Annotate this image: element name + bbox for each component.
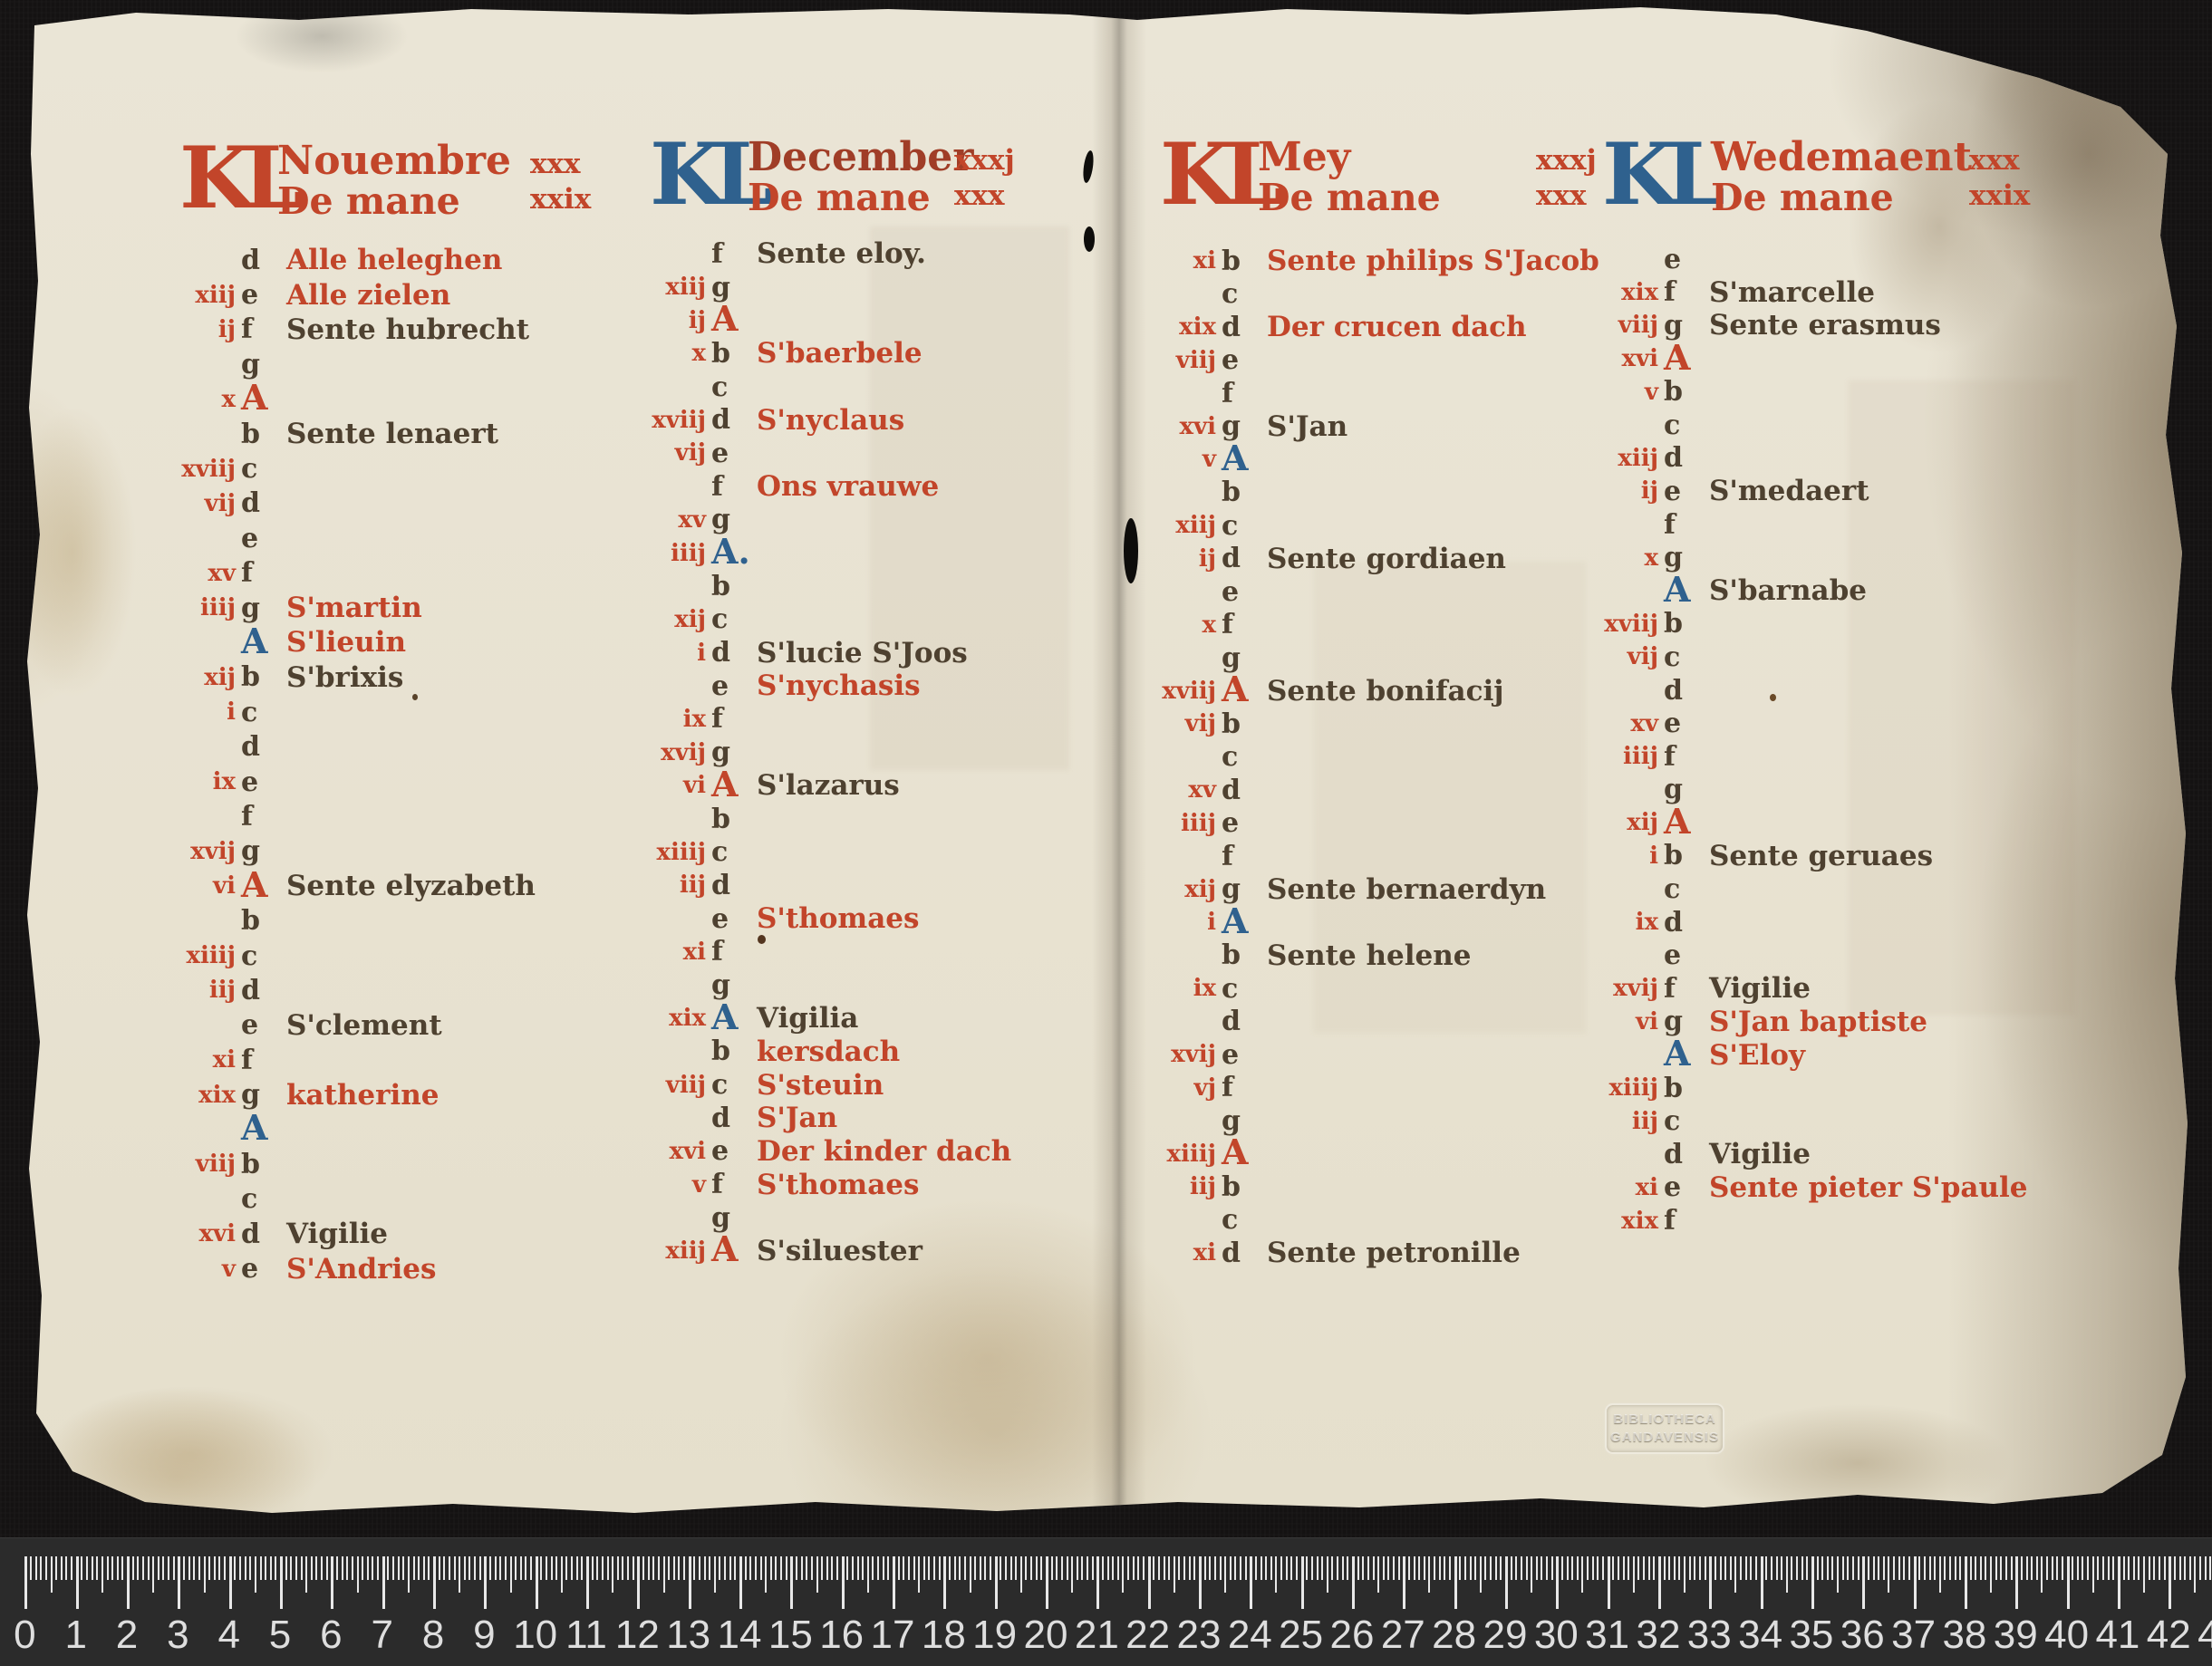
ruler-tick <box>2000 1556 2002 1580</box>
ruler-tick <box>265 1556 266 1580</box>
fold-tear <box>1084 226 1095 252</box>
golden-number: vj <box>1153 1074 1222 1102</box>
ruler-tick <box>903 1556 904 1580</box>
golden-number: xix <box>1595 279 1664 306</box>
ruler-tick <box>1949 1556 1951 1580</box>
dominical-letter: b <box>241 419 286 450</box>
ruler-tick <box>1373 1556 1375 1580</box>
ruler-tick <box>1137 1556 1139 1580</box>
ruler-tick <box>2194 1556 2196 1593</box>
calendar-row: dS'Jan <box>642 1102 1011 1135</box>
ruler-tick <box>980 1556 981 1580</box>
calendar-row: ixe <box>172 765 536 799</box>
ruler-tick <box>1087 1556 1088 1580</box>
ruler-number: 10 <box>513 1613 557 1658</box>
dominical-letter: e <box>1664 939 1709 971</box>
ruler-tick <box>1480 1556 1482 1593</box>
ruler-tick <box>2021 1556 2023 1580</box>
ruler-tick <box>1327 1556 1328 1593</box>
dominical-letter: e <box>1222 1039 1267 1071</box>
feast-name: S'thomaes <box>757 1169 919 1201</box>
calendar-row: b <box>1153 477 1599 510</box>
ruler-tick <box>1658 1556 1661 1609</box>
ruler-tick <box>2138 1556 2140 1580</box>
ruler-tick <box>1939 1556 1941 1593</box>
ruler-tick <box>1612 1556 1614 1580</box>
ruler-tick <box>255 1556 256 1593</box>
ruler-tick <box>387 1556 389 1580</box>
ruler-tick <box>346 1556 348 1580</box>
library-stamp-line1: BIBLIOTHECA <box>1613 1411 1716 1429</box>
calendar-row: viijcS'steuin <box>642 1068 1011 1102</box>
golden-number: v <box>1595 379 1664 406</box>
ruler-tick <box>1393 1556 1395 1580</box>
feast-name: Vigilia <box>757 1002 858 1035</box>
dominical-letter: A <box>1664 569 1709 610</box>
ruler-tick <box>1806 1556 1808 1580</box>
ruler-tick <box>2046 1556 2048 1580</box>
calendar-row: xibSente philips S'Jacob <box>1153 245 1599 278</box>
ruler-tick <box>525 1556 526 1580</box>
ruler-tick <box>2174 1556 2176 1580</box>
ruler-tick <box>474 1556 476 1580</box>
kl-initial: KL <box>179 136 292 221</box>
ruler-tick <box>1541 1556 1542 1580</box>
dominical-letter: c <box>241 453 286 485</box>
ruler-number: 7 <box>371 1613 392 1658</box>
ruler-tick <box>1556 1556 1559 1609</box>
ruler-tick <box>867 1556 869 1593</box>
ruler-tick <box>923 1556 925 1580</box>
ruler-tick <box>1975 1556 1976 1580</box>
calendar-row: e <box>1153 575 1599 609</box>
ruler-tick <box>2153 1556 2155 1580</box>
ruler-tick <box>1587 1556 1589 1580</box>
ruler-tick <box>964 1556 966 1580</box>
ruler-tick <box>893 1556 895 1609</box>
dominical-letter: b <box>1222 1171 1267 1203</box>
ruler-number: 2 <box>116 1613 138 1658</box>
ruler-tick <box>1199 1556 1202 1609</box>
ruler-tick <box>392 1556 394 1580</box>
calendar-row: xviijc <box>172 451 536 486</box>
ruler-number: 32 <box>1636 1613 1680 1658</box>
ruler-tick <box>1581 1556 1583 1593</box>
ruler-tick <box>2072 1556 2073 1580</box>
ruler-number: 23 <box>1177 1613 1222 1658</box>
ruler-tick <box>1311 1556 1313 1580</box>
dominical-letter: d <box>241 1218 286 1250</box>
calendar-row: AS'Eloy <box>1595 1038 2028 1072</box>
ruler-tick <box>214 1556 216 1580</box>
ruler-tick <box>780 1556 782 1580</box>
ruler-tick <box>745 1556 747 1580</box>
feast-name: kersdach <box>757 1035 900 1068</box>
dominical-letter: f <box>711 1169 757 1200</box>
feast-name: Ons vrauwe <box>757 470 939 503</box>
calendar-row: xviA <box>1595 342 2028 376</box>
ruler-tick <box>1408 1556 1410 1580</box>
center-fold <box>1092 0 1146 1515</box>
month-day-counts: xxx xxix <box>530 147 591 217</box>
ruler-tick <box>689 1556 691 1609</box>
calendar-row: xieSente pieter S'paule <box>1595 1171 2028 1205</box>
ruler-tick <box>2159 1556 2160 1580</box>
day-count-lunar: xxix <box>1969 178 2030 214</box>
golden-number: iiij <box>172 594 241 621</box>
golden-number: xix <box>642 1005 711 1032</box>
ruler-tick <box>1878 1556 1879 1580</box>
calendar-row: g <box>1595 774 2028 807</box>
ruler-tick <box>45 1556 47 1580</box>
ruler-tick <box>1821 1556 1823 1580</box>
dominical-letter: e <box>1664 1171 1709 1203</box>
ruler-tick <box>724 1556 726 1580</box>
ruler-tick <box>959 1556 961 1580</box>
ruler-tick <box>571 1556 573 1580</box>
ruler-tick <box>2026 1556 2028 1580</box>
ruler-tick <box>1403 1556 1405 1609</box>
ruler-tick <box>249 1556 251 1580</box>
calendar-row: g <box>172 347 536 381</box>
dominical-letter: A <box>1664 337 1709 378</box>
ruler-tick <box>208 1556 210 1580</box>
ruler-tick <box>1424 1556 1425 1580</box>
ruler-tick <box>377 1556 379 1580</box>
ruler-tick <box>107 1556 109 1580</box>
calendar-row: iijd <box>642 869 1011 902</box>
ruler-number: 12 <box>615 1613 660 1658</box>
calendar-row: fSente eloy. <box>642 237 1011 271</box>
calendar-row: xixgkatherine <box>172 1077 536 1112</box>
golden-number: xiij <box>172 282 241 309</box>
golden-number: xviij <box>1595 611 1664 638</box>
dominical-letter: A <box>241 1107 286 1148</box>
ruler-tick <box>428 1556 430 1580</box>
ruler-tick <box>898 1556 900 1580</box>
photograph-stage: KL Nouembre De mane xxx xxix dAlle heleg… <box>0 0 2212 1666</box>
ruler-tick <box>2164 1556 2166 1580</box>
dominical-letter: d <box>241 245 286 276</box>
ruler-tick <box>1745 1556 1747 1580</box>
month-header: Wedemaent De mane <box>1711 138 1972 217</box>
dominical-letter: d <box>1222 775 1267 806</box>
ruler-tick <box>1352 1556 1355 1609</box>
ruler-tick <box>1275 1556 1277 1593</box>
stain-left-edge <box>9 408 136 698</box>
feast-name: S'clement <box>286 1009 442 1042</box>
golden-number: v <box>642 1171 711 1199</box>
ruler-tick <box>1383 1556 1385 1580</box>
ruler-tick <box>2031 1556 2033 1580</box>
ruler-number: 26 <box>1329 1613 1374 1658</box>
ruler-tick <box>846 1556 848 1580</box>
calendar-row: xiiijA <box>1153 1138 1599 1171</box>
ruler-tick <box>336 1556 338 1580</box>
calendar-row: vijb <box>1153 708 1599 741</box>
ruler-tick <box>520 1556 522 1580</box>
dominical-letter: e <box>1664 708 1709 739</box>
ruler-tick <box>1505 1556 1508 1609</box>
calendar-row: c <box>642 371 1011 404</box>
golden-number: xvi <box>642 1138 711 1165</box>
ruler-tick <box>933 1556 935 1580</box>
calendar-row: xviijb <box>1595 608 2028 641</box>
ruler-tick <box>51 1556 53 1593</box>
feast-name: S'martin <box>286 592 422 624</box>
dominical-letter: d <box>1664 442 1709 474</box>
ruler-tick <box>71 1556 72 1580</box>
ruler-tick <box>1781 1556 1782 1580</box>
ruler-tick <box>775 1556 777 1580</box>
golden-number: xvi <box>1595 345 1664 372</box>
dominical-letter: d <box>711 404 757 436</box>
ruler-tick <box>2179 1556 2181 1580</box>
ruler-tick <box>1306 1556 1308 1580</box>
ruler-tick <box>326 1556 328 1580</box>
ruler-tick <box>142 1556 144 1580</box>
feast-name: Der kinder dach <box>757 1135 1011 1168</box>
ruler-tick <box>137 1556 139 1580</box>
golden-number: iiij <box>642 540 711 567</box>
calendar-row: e <box>1595 939 2028 972</box>
month-header: Mey De mane <box>1258 138 1441 217</box>
dominical-letter: d <box>241 975 286 1006</box>
feast-name: S'nyclaus <box>757 404 904 437</box>
golden-number: ix <box>642 706 711 733</box>
ruler-tick <box>1689 1556 1691 1580</box>
ruler-tick <box>826 1556 828 1580</box>
ruler-tick <box>1898 1556 1900 1580</box>
calendar-row: c <box>1595 872 2028 906</box>
calendar-row: AS'lieuin <box>172 625 536 660</box>
feast-name: S'marcelle <box>1709 276 1875 309</box>
dominical-letter: c <box>1664 641 1709 673</box>
ruler-tick <box>918 1556 920 1593</box>
golden-number: xvij <box>172 838 241 865</box>
ruler-tick <box>883 1556 884 1580</box>
feast-name: Sente elyzabeth <box>286 870 536 902</box>
ruler-tick <box>305 1556 307 1593</box>
ruler-tick <box>699 1556 700 1580</box>
calendar-row: ijdSente gordiaen <box>1153 543 1599 576</box>
calendar-row: xbS'baerbele <box>642 337 1011 371</box>
feast-name: Sente geruaes <box>1709 840 1933 872</box>
ruler-tick <box>1398 1556 1400 1580</box>
ruler-number: 31 <box>1585 1613 1629 1658</box>
ruler-tick <box>642 1556 644 1580</box>
ruler-number: 29 <box>1483 1613 1527 1658</box>
golden-number: i <box>1153 909 1222 936</box>
ruler-number: 43 <box>2198 1613 2212 1658</box>
dominical-letter: c <box>711 836 757 868</box>
ruler-tick <box>1449 1556 1451 1580</box>
golden-number: xi <box>642 939 711 966</box>
golden-number: iij <box>172 977 241 1004</box>
month-name: Mey <box>1258 138 1441 178</box>
ruler-tick <box>739 1556 742 1609</box>
ruler-tick <box>811 1556 813 1580</box>
month-name: Wedemaent <box>1711 138 1972 178</box>
calendar-row: vigS'Jan baptiste <box>1595 1006 2028 1039</box>
stain-bottom-right <box>1704 1404 2012 1522</box>
ruler-tick <box>1970 1556 1972 1580</box>
calendar-row: d <box>1153 1006 1599 1039</box>
ruler-tick <box>974 1556 976 1580</box>
ruler-tick <box>1755 1556 1757 1580</box>
dominical-letter: f <box>1222 841 1267 872</box>
calendar-row: bkersdach <box>642 1035 1011 1069</box>
feast-name: Sente gordiaen <box>1267 543 1506 575</box>
ruler-tick <box>1734 1556 1736 1593</box>
ruler-tick <box>1071 1556 1073 1593</box>
feast-name: Sente bonifacij <box>1267 675 1503 708</box>
ruler-tick <box>1837 1556 1839 1593</box>
ruler-tick <box>1678 1556 1680 1580</box>
ruler-tick <box>1377 1556 1379 1593</box>
calendar-row: iiijf <box>1595 740 2028 774</box>
ruler-tick <box>315 1556 317 1580</box>
golden-number: xiij <box>1595 445 1664 472</box>
ruler-tick <box>367 1556 369 1580</box>
ruler-tick <box>1015 1556 1017 1580</box>
ruler-tick <box>1347 1556 1348 1580</box>
stain-top-left-smudge <box>236 0 408 72</box>
calendar-row: vfS'thomaes <box>642 1168 1011 1201</box>
ruler-tick <box>101 1556 103 1593</box>
ruler-tick <box>1873 1556 1875 1580</box>
ruler-tick <box>1020 1556 1022 1593</box>
dominical-letter: b <box>241 905 286 937</box>
ruler-tick <box>1888 1556 1889 1593</box>
ruler-tick <box>1761 1556 1763 1609</box>
feast-name: S'lieuin <box>286 626 406 659</box>
ruler-tick <box>1551 1556 1553 1580</box>
ruler-tick <box>479 1556 481 1580</box>
calendar-row: ijfSente hubrecht <box>172 313 536 347</box>
ruler-tick <box>2011 1556 2013 1580</box>
feast-name: S'baerbele <box>757 337 922 370</box>
ruler-number: 21 <box>1075 1613 1119 1658</box>
calendar-row: ijeS'medaert <box>1595 475 2028 508</box>
dominical-letter: c <box>711 1069 757 1101</box>
ruler-number: 1 <box>64 1613 86 1658</box>
ruler-tick <box>1005 1556 1007 1580</box>
ruler-tick <box>1454 1556 1457 1609</box>
feast-name: Sente erasmus <box>1709 309 1941 342</box>
golden-number: xiiij <box>1153 1141 1222 1168</box>
ruler-tick <box>755 1556 757 1580</box>
golden-number: vij <box>642 439 711 467</box>
dominical-letter: b <box>241 1149 286 1180</box>
ruler-tick <box>499 1556 501 1580</box>
dominical-letter: e <box>1222 576 1267 608</box>
ruler-number: 37 <box>1891 1613 1936 1658</box>
calendar-row: vije <box>642 437 1011 470</box>
golden-number: i <box>1595 843 1664 870</box>
dominical-letter: A. <box>711 531 757 572</box>
ruler-tick <box>1771 1556 1772 1580</box>
ruler-tick <box>1418 1556 1420 1580</box>
feast-name: Sente petronille <box>1267 1237 1521 1269</box>
ruler-tick <box>658 1556 660 1580</box>
ruler-tick <box>1643 1556 1645 1580</box>
ruler-tick <box>1010 1556 1012 1580</box>
day-count-solar: xxxj <box>954 143 1015 178</box>
ruler-tick <box>2082 1556 2083 1580</box>
golden-number: xviij <box>1153 678 1222 705</box>
calendar-row: vijd <box>172 486 536 521</box>
dominical-letter: f <box>1664 1205 1709 1237</box>
ruler-tick <box>2143 1556 2145 1593</box>
ruler-tick <box>1648 1556 1650 1580</box>
dominical-letter: b <box>711 571 757 602</box>
dominical-letter: e <box>1664 476 1709 507</box>
calendar-row: xg <box>1595 541 2028 574</box>
dominical-letter: A <box>241 864 286 905</box>
ruler-tick <box>1908 1556 1910 1580</box>
ruler-tick <box>2056 1556 2058 1580</box>
month-header: Nouembre De mane <box>277 141 511 220</box>
ruler-tick <box>1724 1556 1726 1580</box>
calendar-row: idS'lucie S'Joos <box>642 636 1011 669</box>
dominical-letter: f <box>1664 276 1709 308</box>
golden-number: vij <box>1153 710 1222 737</box>
dominical-letter: f <box>1222 1072 1267 1103</box>
calendar-row: ijA <box>642 303 1011 337</box>
ruler-tick <box>1428 1556 1430 1593</box>
ruler-tick <box>637 1556 640 1609</box>
ruler-tick <box>1674 1556 1676 1580</box>
golden-number: vi <box>1595 1008 1664 1035</box>
feast-name: Sente pieter S'paule <box>1709 1171 2028 1204</box>
calendar-row: vijc <box>1595 640 2028 674</box>
calendar-row: d <box>1595 674 2028 708</box>
feast-name: S'Jan <box>1267 410 1347 443</box>
dominical-letter: e <box>1664 244 1709 275</box>
ruler-tick <box>704 1556 706 1580</box>
calendar-row: dVigilie <box>1595 1138 2028 1171</box>
dominical-letter: d <box>711 870 757 901</box>
ruler-tick <box>816 1556 818 1593</box>
dominical-letter: A <box>1664 1033 1709 1074</box>
ruler-tick <box>1592 1556 1594 1580</box>
ruler-tick <box>1214 1556 1216 1580</box>
dominical-letter: A <box>1222 669 1267 709</box>
dominical-letter: e <box>241 523 286 554</box>
ruler-tick <box>565 1556 567 1580</box>
ruler-tick <box>1801 1556 1803 1580</box>
dominical-letter: b <box>711 1035 757 1067</box>
ruler-tick <box>1092 1556 1094 1580</box>
golden-number: ij <box>172 316 241 343</box>
ruler-tick <box>1980 1556 1982 1580</box>
ruler-tick <box>970 1556 971 1593</box>
feast-name: Sente eloy. <box>757 237 926 270</box>
ruler-tick <box>234 1556 236 1580</box>
calendar-row: xijA <box>1595 806 2028 840</box>
ruler-tick <box>1699 1556 1701 1580</box>
ruler-tick <box>1786 1556 1788 1593</box>
ruler-number: 20 <box>1024 1613 1068 1658</box>
ruler-tick <box>2005 1556 2007 1580</box>
ruler-tick <box>1618 1556 1619 1580</box>
feast-name: Sente lenaert <box>286 418 498 450</box>
dominical-letter: c <box>241 1183 286 1215</box>
ruler-tick <box>2133 1556 2135 1580</box>
calendar-row: g <box>1153 641 1599 675</box>
feast-name: S'medaert <box>1709 475 1869 507</box>
